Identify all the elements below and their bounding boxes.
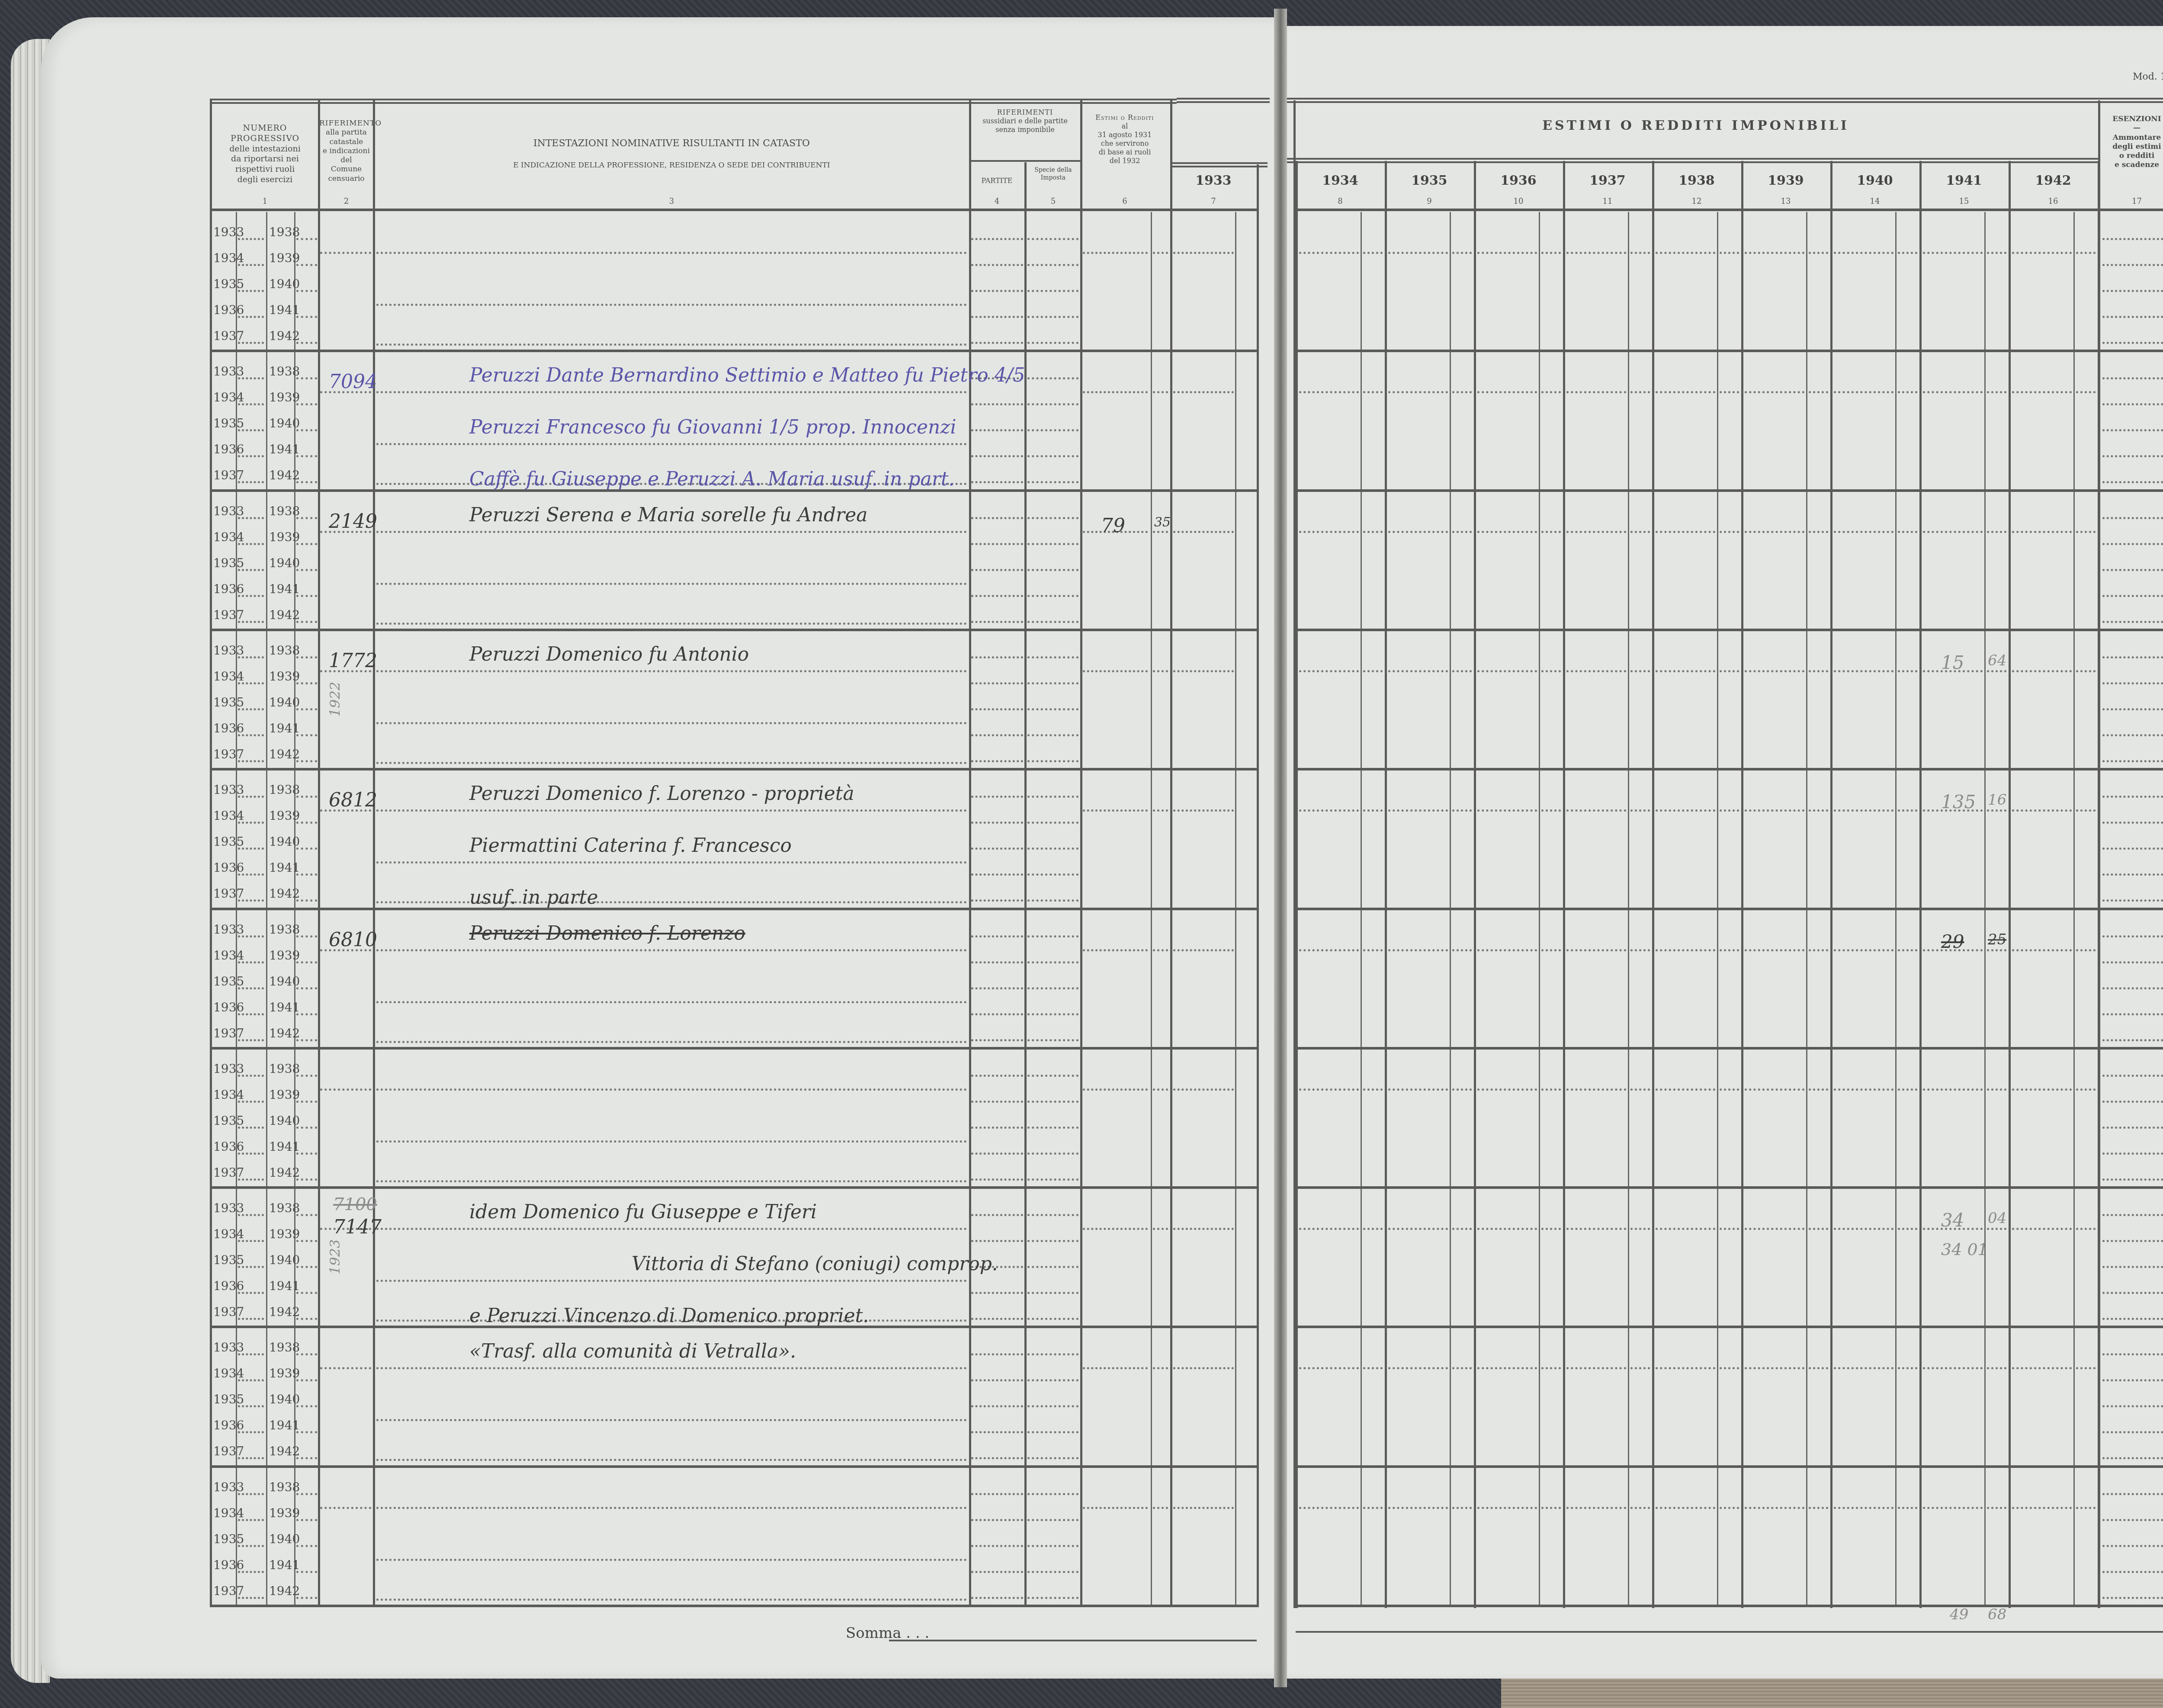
intestazione-line[interactable]: Peruzzi Domenico f. Lorenzo — [469, 922, 745, 944]
dotted-line — [238, 290, 264, 292]
column-number: 2 — [319, 197, 373, 206]
dotted-line — [1809, 1367, 1828, 1369]
dotted-line — [1388, 391, 1448, 393]
dotted-line — [1809, 670, 1828, 672]
dotted-line — [1834, 1228, 1893, 1230]
header-col45-line: senza imponibile — [970, 125, 1080, 134]
dotted-line — [1027, 377, 1078, 379]
year-label: 1942 — [269, 1165, 300, 1180]
year-label: 1936 — [213, 442, 244, 456]
dotted-line — [376, 304, 967, 306]
dotted-line — [1027, 987, 1078, 989]
header-esenzioni-line: Ammontare — [2099, 133, 2163, 142]
year-label: 1934 — [213, 530, 244, 544]
dotted-line — [1566, 1088, 1626, 1091]
dotted-line — [238, 1519, 264, 1521]
year-label: 1934 — [213, 390, 244, 405]
year-label: 1940 — [269, 974, 300, 989]
dotted-line — [1173, 1367, 1234, 1369]
dotted-line — [2102, 316, 2163, 318]
dotted-line — [1987, 391, 2006, 393]
dotted-line — [1027, 1101, 1078, 1103]
value-1941-cents[interactable]: 04 — [1988, 1210, 2006, 1227]
total-1941[interactable]: 49 — [1950, 1606, 1968, 1623]
header-col2: RIFERIMENTO alla partita catastale e ind… — [319, 119, 373, 183]
dotted-line — [1898, 1507, 1917, 1509]
header-col2-line: alla partita catastale — [319, 128, 373, 147]
dotted-line — [1027, 1379, 1078, 1381]
dotted-line — [2102, 848, 2163, 850]
dotted-line — [376, 901, 967, 903]
header-col45-line: sussidiari e delle partite — [970, 117, 1080, 125]
dotted-line — [1656, 809, 1715, 812]
dotted-line — [296, 316, 317, 318]
dotted-line — [1153, 949, 1168, 951]
year-label: 1940 — [269, 416, 300, 430]
year-label: 1935 — [213, 1114, 244, 1128]
dotted-line — [971, 1318, 1023, 1320]
dotted-line — [1898, 809, 1917, 812]
partita-number[interactable]: 2149 — [329, 510, 377, 533]
value-1941-cents[interactable]: 25 — [1988, 931, 2006, 948]
block-separator — [1296, 350, 2163, 352]
dotted-line — [1083, 809, 1148, 812]
year-label: 1938 — [269, 1480, 300, 1494]
dotted-line — [971, 656, 1023, 658]
year-label: 1936 — [213, 860, 244, 875]
dotted-line — [971, 734, 1023, 736]
dotted-line — [2102, 1292, 2163, 1294]
dotted-line — [1452, 670, 1472, 672]
dotted-line — [296, 342, 317, 344]
dotted-line — [2102, 595, 2163, 597]
block-separator — [1296, 1326, 2163, 1328]
year-label: 1939 — [269, 530, 300, 544]
year-column-divider — [1385, 161, 1387, 1608]
dotted-line — [238, 873, 264, 876]
dotted-line — [296, 1153, 317, 1155]
dotted-line — [971, 1240, 1023, 1242]
year-label: 1941 — [269, 582, 300, 596]
year-label: 1941 — [269, 1558, 300, 1572]
dotted-line — [2102, 935, 2163, 937]
year-label: 1937 — [213, 608, 244, 622]
dotted-line — [1452, 252, 1472, 254]
column-number: 17 — [2099, 197, 2163, 206]
header-col1-line: delle intestazioni — [212, 144, 318, 154]
dotted-line — [2102, 1519, 2163, 1521]
dotted-line — [971, 316, 1023, 318]
dotted-line — [971, 1493, 1023, 1495]
dotted-line — [1809, 1228, 1828, 1230]
partita-number[interactable]: 6810 — [329, 929, 377, 951]
dotted-line — [1363, 809, 1383, 812]
block-separator — [1296, 489, 2163, 492]
dotted-line — [376, 1001, 967, 1003]
dotted-line — [1027, 961, 1078, 963]
dotted-line — [1898, 670, 1917, 672]
dotted-line — [2102, 1405, 2163, 1407]
header-year-1935: 1935 — [1385, 173, 1474, 188]
year-label: 1940 — [269, 1253, 300, 1267]
year-label: 1935 — [213, 277, 244, 291]
intestazione-line[interactable]: Vittoria di Stefano (coniugi) comprop. — [632, 1253, 998, 1275]
dotted-line — [1452, 1507, 1472, 1509]
dotted-line — [971, 543, 1023, 545]
dotted-line — [1027, 682, 1078, 684]
dotted-line — [1541, 949, 1561, 951]
dotted-line — [1630, 531, 1650, 533]
dotted-line — [1987, 670, 2006, 672]
intestazione-line[interactable]: Piermattini Caterina f. Francesco — [469, 835, 792, 857]
intestazione-line[interactable]: Peruzzi Dante Bernardino Settimio e Matt… — [469, 364, 1025, 386]
dotted-line — [971, 238, 1023, 240]
year-label: 1933 — [213, 643, 244, 658]
year-label: 1940 — [269, 277, 300, 291]
dotted-line — [971, 1597, 1023, 1599]
block-separator — [210, 908, 1257, 910]
header-year-1940: 1940 — [1830, 173, 1919, 188]
dotted-line — [2102, 1075, 2163, 1077]
dotted-line — [2102, 656, 2163, 658]
total-1941-cents[interactable]: 68 — [1988, 1606, 2006, 1623]
dotted-line — [2102, 403, 2163, 405]
side-year-note: 1923 — [327, 1239, 343, 1275]
dotted-line — [1027, 1353, 1078, 1355]
year-header-divider — [1287, 158, 2098, 163]
dotted-line — [1477, 1088, 1537, 1091]
header-col45: RIFERIMENTI sussidiari e delle partite s… — [970, 108, 1080, 134]
dotted-line — [1745, 949, 1804, 951]
dotted-line — [1630, 1088, 1650, 1091]
year-label: 1939 — [269, 809, 300, 823]
header-col6: Estimi o Redditi al 31 agosto 1931 che s… — [1081, 113, 1168, 165]
dotted-line — [2102, 1153, 2163, 1155]
year-label: 1940 — [269, 695, 300, 710]
dotted-line — [1720, 670, 1739, 672]
dotted-line — [1452, 1088, 1472, 1091]
dotted-line — [1363, 1367, 1383, 1369]
partita-number[interactable]: 7094 — [329, 371, 377, 393]
dotted-line — [1477, 391, 1537, 393]
dotted-line — [238, 1405, 264, 1407]
dotted-line — [1027, 1292, 1078, 1294]
dotted-line — [1027, 1597, 1078, 1599]
year-label: 1940 — [269, 835, 300, 849]
dotted-line — [1027, 1039, 1078, 1041]
dotted-line — [971, 1545, 1023, 1547]
dotted-line — [1173, 949, 1234, 951]
dotted-line — [296, 1405, 317, 1407]
value-1941[interactable]: 15 — [1941, 652, 1964, 673]
dotted-line — [1388, 1367, 1448, 1369]
dotted-line — [1923, 531, 1983, 533]
dotted-line — [971, 1431, 1023, 1433]
dotted-line — [1173, 1507, 1234, 1509]
dotted-line — [1987, 949, 2006, 951]
dotted-line — [2102, 760, 2163, 762]
dotted-line — [1299, 670, 1359, 672]
dotted-line — [1834, 1088, 1893, 1091]
dotted-line — [1656, 1367, 1715, 1369]
partita-number[interactable]: 1772 — [329, 650, 377, 672]
block-separator — [210, 1465, 1257, 1468]
dotted-line — [238, 429, 264, 431]
dotted-line — [1720, 1088, 1739, 1091]
dotted-line — [296, 1457, 317, 1459]
dotted-line — [238, 734, 264, 736]
intestazione-line[interactable]: Peruzzi Francesco fu Giovanni 1/5 prop. … — [469, 416, 956, 438]
dotted-line — [971, 935, 1023, 937]
dotted-line — [238, 1353, 264, 1355]
dotted-line — [238, 264, 264, 266]
dotted-line — [376, 722, 967, 724]
dotted-line — [971, 1153, 1023, 1155]
dotted-line — [1083, 252, 1148, 254]
dotted-line — [238, 656, 264, 658]
dotted-line — [296, 1519, 317, 1521]
header-col3-title: INTESTAZIONI NOMINATIVE RISULTANTI IN CA… — [374, 138, 969, 150]
dotted-line — [238, 1431, 264, 1433]
dotted-line — [1153, 1507, 1168, 1509]
dotted-line — [1173, 391, 1234, 393]
intestazione-line[interactable]: Peruzzi Domenico f. Lorenzo - proprietà — [469, 783, 854, 805]
dotted-line — [971, 342, 1023, 344]
block-separator — [1296, 1605, 2163, 1607]
dotted-line — [1834, 1507, 1893, 1509]
dotted-line — [2102, 569, 2163, 571]
dotted-line — [238, 377, 264, 379]
dotted-line — [971, 1101, 1023, 1103]
year-label: 1934 — [213, 669, 244, 684]
dotted-line — [296, 1240, 317, 1242]
value-1941-cents[interactable]: 64 — [1988, 652, 2006, 669]
year-label: 1934 — [213, 1088, 244, 1102]
header-col3-subtitle: E INDICAZIONE DELLA PROFESSIONE, RESIDEN… — [374, 161, 969, 170]
column-divider — [1080, 100, 1082, 1606]
dotted-line — [1388, 252, 1448, 254]
value-1941[interactable]: 29 — [1941, 931, 1964, 952]
dotted-line — [296, 848, 317, 850]
value-1941[interactable]: 135 — [1941, 791, 1976, 812]
dotted-line — [2102, 1127, 2163, 1129]
dotted-line — [1745, 670, 1804, 672]
dotted-line — [1834, 949, 1893, 951]
dotted-line — [296, 734, 317, 736]
dotted-line — [1745, 809, 1804, 812]
dotted-line — [1027, 517, 1078, 519]
dotted-line — [1745, 1507, 1804, 1509]
intestazione-line[interactable]: idem Domenico fu Giuseppe e Tiferi — [469, 1201, 817, 1223]
dotted-line — [1027, 621, 1078, 623]
dotted-line — [1299, 391, 1359, 393]
header-col1: NUMERO PROGRESSIVO delle intestazioni da… — [212, 123, 318, 185]
year-label: 1937 — [213, 747, 244, 761]
dotted-line — [2102, 621, 2163, 623]
dotted-line — [1630, 670, 1650, 672]
dotted-line — [1720, 252, 1739, 254]
block-separator — [210, 1047, 1257, 1050]
column-number: 13 — [1741, 197, 1830, 206]
year-label: 1939 — [269, 1506, 300, 1520]
dotted-line — [971, 899, 1023, 902]
dotted-line — [296, 595, 317, 597]
year-column-divider — [2009, 161, 2011, 1608]
dotted-line — [2102, 429, 2163, 431]
dotted-line — [2102, 1240, 2163, 1242]
header-year-1936: 1936 — [1474, 173, 1563, 188]
dotted-line — [1153, 252, 1168, 254]
header-col2-title: RIFERIMENTO — [319, 119, 373, 128]
header-year-1941: 1941 — [1919, 173, 2009, 188]
year-label: 1937 — [213, 1165, 244, 1180]
year-label: 1938 — [269, 1062, 300, 1076]
column-number: 1 — [212, 197, 318, 206]
dotted-line — [1809, 949, 1828, 951]
year-label: 1936 — [213, 1558, 244, 1572]
dotted-line — [971, 1457, 1023, 1459]
dotted-line — [376, 391, 967, 393]
dotted-line — [1566, 1367, 1626, 1369]
dotted-line — [1452, 531, 1472, 533]
dotted-line — [1388, 1507, 1448, 1509]
dotted-line — [2012, 1507, 2072, 1509]
year-column-divider — [1919, 161, 1922, 1608]
block-separator — [210, 1605, 1257, 1607]
dotted-line — [1153, 1367, 1168, 1369]
dotted-line — [1083, 1507, 1148, 1509]
dotted-line — [2102, 1214, 2163, 1216]
dotted-line — [376, 1507, 967, 1509]
dotted-line — [238, 569, 264, 571]
dotted-line — [1656, 252, 1715, 254]
year-label: 1941 — [269, 1000, 300, 1015]
dotted-line — [296, 1039, 317, 1041]
dotted-line — [2076, 1228, 2096, 1230]
dotted-line — [1720, 949, 1739, 951]
year-label: 1938 — [269, 225, 300, 239]
year-label: 1942 — [269, 747, 300, 761]
value-1941-cents[interactable]: 16 — [1988, 791, 2006, 809]
estimo-1931-cents[interactable]: 35 — [1154, 515, 1171, 530]
dotted-line — [238, 1597, 264, 1599]
intestazione-line[interactable]: Peruzzi Domenico fu Antonio — [469, 643, 749, 665]
dotted-line — [296, 1571, 317, 1573]
year-column-divider — [1563, 161, 1565, 1608]
dotted-line — [238, 1379, 264, 1381]
year-label: 1939 — [269, 948, 300, 963]
dotted-line — [1720, 531, 1739, 533]
dotted-line — [238, 238, 264, 240]
dotted-line — [296, 1431, 317, 1433]
partita-number[interactable]: 7147 — [333, 1216, 382, 1238]
header-esenzioni-title: ESENZIONI — [2099, 115, 2163, 124]
dotted-line — [376, 1599, 967, 1601]
block-separator — [1296, 1047, 2163, 1050]
dotted-line — [971, 1214, 1023, 1216]
dotted-line — [1541, 252, 1561, 254]
dotted-line — [376, 1419, 967, 1421]
value-1941-correction: 34 01 — [1941, 1240, 1988, 1259]
dotted-line — [296, 1353, 317, 1355]
header-estimi-group-title: ESTIMI O REDDITI IMPONIBILI — [1293, 118, 2098, 134]
table-top-border — [1287, 98, 2163, 103]
year-label: 1938 — [269, 643, 300, 658]
dotted-line — [971, 987, 1023, 989]
year-column-divider — [1474, 161, 1476, 1608]
dotted-line — [971, 682, 1023, 684]
intestazione-line[interactable]: «Trasf. alla comunità di Vetralla». — [469, 1340, 796, 1362]
dotted-line — [1299, 809, 1359, 812]
intestazione-line[interactable]: e Peruzzi Vincenzo di Domenico propriet. — [469, 1305, 869, 1327]
dotted-line — [1656, 949, 1715, 951]
year-label: 1941 — [269, 1418, 300, 1432]
dotted-line — [1477, 252, 1537, 254]
dotted-line — [320, 252, 371, 254]
partita-number[interactable]: 6812 — [329, 789, 377, 811]
intestazione-line[interactable]: Peruzzi Serena e Maria sorelle fu Andrea — [469, 504, 867, 526]
dotted-line — [1745, 531, 1804, 533]
year-label: 1935 — [213, 416, 244, 430]
estimo-1931-value[interactable]: 79 — [1101, 515, 1125, 537]
year-label: 1937 — [213, 886, 244, 901]
dotted-line — [238, 1457, 264, 1459]
dotted-line — [2102, 377, 2163, 379]
dotted-line — [1656, 531, 1715, 533]
year-label: 1937 — [213, 1026, 244, 1040]
dotted-line — [296, 543, 317, 545]
dotted-line — [1809, 1507, 1828, 1509]
dotted-line — [376, 670, 967, 672]
dotted-line — [1720, 809, 1739, 812]
dotted-line — [1898, 949, 1917, 951]
somma-line — [1296, 1631, 2163, 1633]
value-1941[interactable]: 34 — [1941, 1210, 1964, 1231]
dotted-line — [1745, 1367, 1804, 1369]
dotted-line — [376, 861, 967, 864]
dotted-line — [1898, 391, 1917, 393]
dotted-line — [2102, 708, 2163, 710]
dotted-line — [296, 987, 317, 989]
dotted-line — [1299, 1088, 1359, 1091]
dotted-line — [1987, 531, 2006, 533]
dotted-line — [2012, 1367, 2072, 1369]
dotted-line — [1477, 1367, 1537, 1369]
dotted-line — [1541, 1507, 1561, 1509]
dotted-line — [1363, 391, 1383, 393]
dotted-line — [296, 481, 317, 483]
header-esenzioni-line: o redditi — [2099, 151, 2163, 161]
year-label: 1940 — [269, 1532, 300, 1546]
dotted-line — [1630, 949, 1650, 951]
dotted-line — [2102, 290, 2163, 292]
dotted-line — [1027, 1240, 1078, 1242]
header-col2-line: del — [319, 156, 373, 165]
year-label: 1933 — [213, 504, 244, 518]
dotted-line — [2012, 670, 2072, 672]
dotted-line — [238, 481, 264, 483]
column-number: 11 — [1563, 197, 1652, 206]
year-label: 1942 — [269, 468, 300, 482]
dotted-line — [296, 429, 317, 431]
intestazione-line[interactable]: Caffè fu Giuseppe e Peruzzi A. Maria usu… — [469, 468, 955, 490]
dotted-line — [238, 595, 264, 597]
dotted-line — [1630, 1228, 1650, 1230]
dotted-line — [238, 1101, 264, 1103]
dotted-line — [971, 1379, 1023, 1381]
dotted-line — [1363, 531, 1383, 533]
intestazione-line[interactable]: usuf. in parte — [469, 886, 598, 909]
